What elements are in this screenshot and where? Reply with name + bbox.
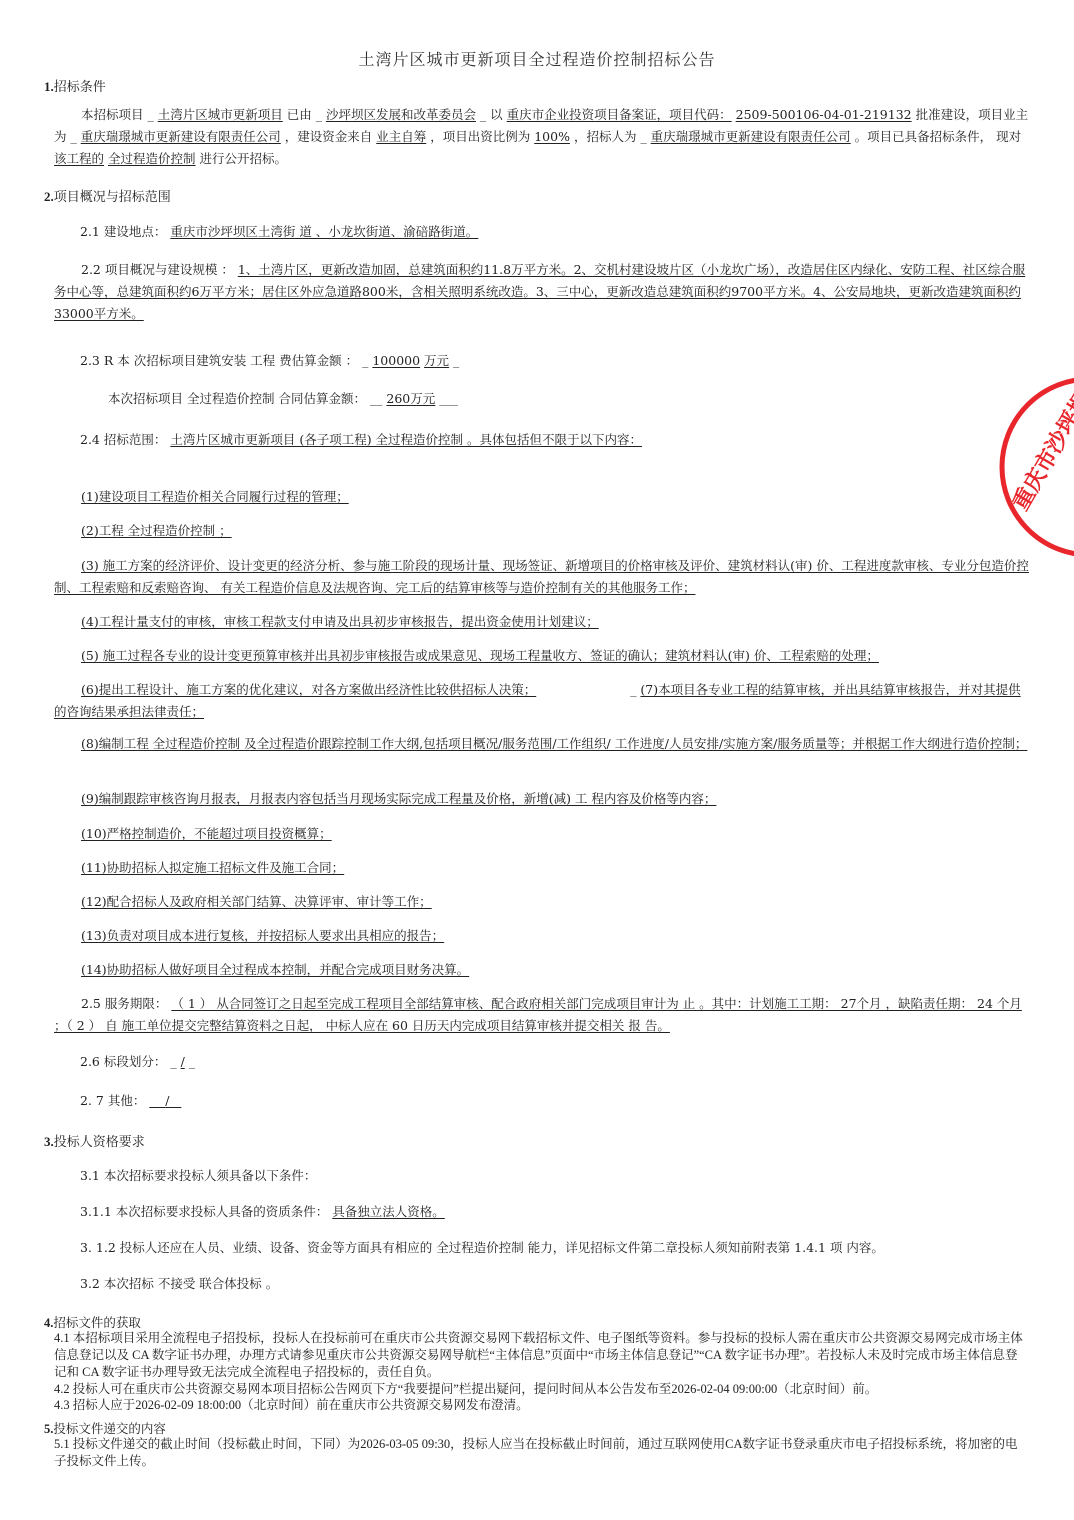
scope-item: (5) 施工过程各专业的设计变更预算审核并出具初步审核报告或成果意见、现场工程量… [54, 645, 1029, 667]
scope-item: (3) 施工方案的经济评价、设计变更的经济分析、参与施工阶段的现场计量、现场签证… [54, 555, 1029, 599]
scope-item: (8)编制工程 全过程造价控制 及全过程造价跟踪控制工作大纲,包括项目概况/服务… [54, 733, 1029, 755]
s311: 3.1.1 本次招标要求投标人具备的资质条件： 具备独立法人资格。 [80, 1202, 445, 1220]
s27: 2. 7 其他： / [80, 1091, 181, 1109]
scope-item: (10)严格控制造价，不能超过项目投资概算； [54, 823, 1029, 845]
section-4-heading: 4.招标文件的获取 [44, 1313, 141, 1331]
scope-item: (12)配合招标人及政府相关部门结算、决算评审、审计等工作； [54, 891, 1029, 913]
s32: 3.2 本次招标 不接受 联合体投标 。 [80, 1274, 278, 1292]
scope-item: (9)编制跟踪审核咨询月报表，月报表内容包括当月现场实际完成工程量及价格，新增(… [54, 788, 1029, 810]
owner: 重庆瑞璟城市更新建设有限责任公司 [81, 129, 281, 144]
scope-item: (6)提出工程设计、施工方案的优化建议，对各方案做出经济性比较供招标人决策； _… [54, 679, 1029, 723]
s43: 4.3 招标人应于2026-02-09 18:00:00（北京时间）前在重庆市公… [54, 1397, 1029, 1414]
s23: 2.3 R 本 次招标项目建筑安装 工程 费估算金额 ： _ 100000 万元… [80, 351, 459, 369]
s21: 2.1 建设地点： 重庆市沙坪坝区土湾街 道 、小龙坎街道、渝碚路街道。 [80, 222, 478, 240]
scope-item: (14)协助招标人做好项目全过程成本控制，并配合完成项目财务决算。 [54, 959, 1029, 981]
project-code: 2509-500106-04-01-219132 [736, 107, 912, 122]
scope-item: (13)负责对项目成本进行复核，并按招标人要求出具相应的报告； [54, 925, 1029, 947]
project-name: 土湾片区城市更新项目 [158, 107, 283, 122]
official-seal-stamp: 重庆市沙坪坝区 [995, 372, 1074, 562]
s51: 5.1 投标文件递交的截止时间（投标截止时间，下同）为2026-03-05 09… [54, 1436, 1026, 1470]
s26: 2.6 标段划分： _ / _ [80, 1052, 195, 1070]
page-title: 土湾片区城市更新项目全过程造价控制招标公告 [0, 47, 1074, 70]
scope-item: (11)协助招标人拟定施工招标文件及施工合同； [54, 857, 1029, 879]
s312: 3. 1.2 投标人还应在人员、业绩、设备、资金等方面具有相应的 全过程造价控制… [80, 1238, 884, 1256]
section-1-body: 本招标项目 _ 土湾片区城市更新项目 已由 _ 沙坪坝区发展和改革委员会 _ 以… [54, 104, 1029, 170]
s41: 4.1 本招标项目采用全流程电子招投标，投标人在投标前可在重庆市公共资源交易网下… [54, 1330, 1026, 1381]
s25: 2.5 服务期限： （ 1 ） 从合同签订之日起至完成工程项目全部结算审核、配合… [54, 993, 1029, 1037]
scope-item: (2)工程 全过程造价控制 ； [54, 520, 1029, 542]
section-5-heading: 5.投标文件递交的内容 [44, 1419, 166, 1437]
s42: 4.2 投标人可在重庆市公共资源交易网本项目招标公告网页下方“我要提问”栏提出疑… [54, 1381, 1029, 1398]
s31: 3.1 本次招标要求投标人须具备以下条件： [80, 1166, 316, 1184]
scope-item: (4)工程计量支付的审核，审核工程款支付申请及出具初步审核报告，提出资金使用计划… [54, 611, 1029, 633]
section-2-heading: 2.项目概况与招标范围 [44, 186, 171, 205]
s23b: 本次招标项目 全过程造价控制 合同估算金额： __ 260万元 ___ [108, 389, 458, 407]
s24: 2.4 招标范围： 土湾片区城市更新项目 (各子项工程) 全过程造价控制 。具体… [80, 425, 680, 455]
s22: 2.2 项目概况与建设规模 ： 1、土湾片区，更新改造加固，总建筑面积约11.8… [54, 259, 1029, 325]
section-1-heading: 1.招标条件 [44, 76, 106, 95]
section-3-heading: 3.投标人资格要求 [44, 1131, 145, 1150]
scope-item: (1)建设项目工程造价相关合同履行过程的管理； [54, 486, 1029, 508]
